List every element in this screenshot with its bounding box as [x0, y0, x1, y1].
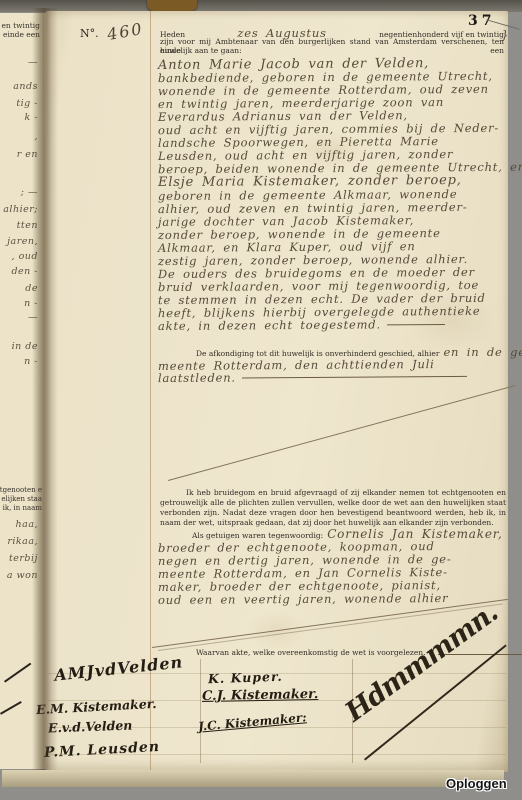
proclamation-line: laatstleden. — [158, 369, 467, 385]
closing-printed: Waarvan akte, welke overeenkomstig de we… — [196, 648, 426, 657]
witnesses-label: Als getuigen waren tegenwoordig: — [192, 531, 323, 540]
left-page-signature-stroke — [0, 701, 22, 715]
signature-witness-2: J.C. Kistemaker: — [198, 710, 308, 733]
fill-rule — [387, 324, 445, 325]
act-number-label: N°. — [80, 27, 99, 40]
page-stack-edge — [2, 770, 504, 787]
closing-line: Waarvan akte, welke overeenkomstig de we… — [196, 648, 522, 657]
fill-rule — [242, 376, 467, 379]
book-gutter — [32, 8, 58, 774]
proclamation-handwritten: en in de ge- — [443, 345, 522, 359]
strike-through-line — [168, 385, 516, 481]
signature-father-groom: E.v.d.Velden — [48, 718, 133, 736]
signature-groom: AMJvdVelden — [53, 652, 184, 684]
act-number-value: 460 — [105, 19, 144, 44]
act-number: N°.460 — [80, 22, 143, 41]
signature-mother-groom: P.M. Leusden — [44, 739, 161, 761]
body-line-text: akte, in dezen echt toegestemd. — [158, 317, 381, 333]
signature-mother-bride: K. Kuper. — [208, 669, 283, 687]
header-line-3: huwelijk aan te gaan: — [160, 46, 242, 55]
body-line: akte, in dezen echt toegestemd. — [158, 317, 445, 333]
signature-official: Hdmmmmn. — [340, 597, 504, 728]
signature-witness-1: C.J. Kistemaker. — [202, 687, 319, 704]
marriage-record-page: 37 N°.460 Heden zes Augustus negentienho… — [46, 11, 508, 772]
photo-backdrop: f en twintig einde een — ands tig - k - … — [0, 0, 522, 800]
signature-column-rule — [200, 659, 201, 763]
vows-paragraph: Ik heb bruidegom en bruid afgevraagd of … — [160, 488, 506, 528]
watermark: Oploggen — [446, 776, 507, 791]
witness-line: oud een en veertig jaren, wonende alhier — [158, 591, 448, 607]
proclamation-text: laatstleden. — [158, 371, 236, 386]
left-page-signature-stroke — [4, 663, 31, 683]
